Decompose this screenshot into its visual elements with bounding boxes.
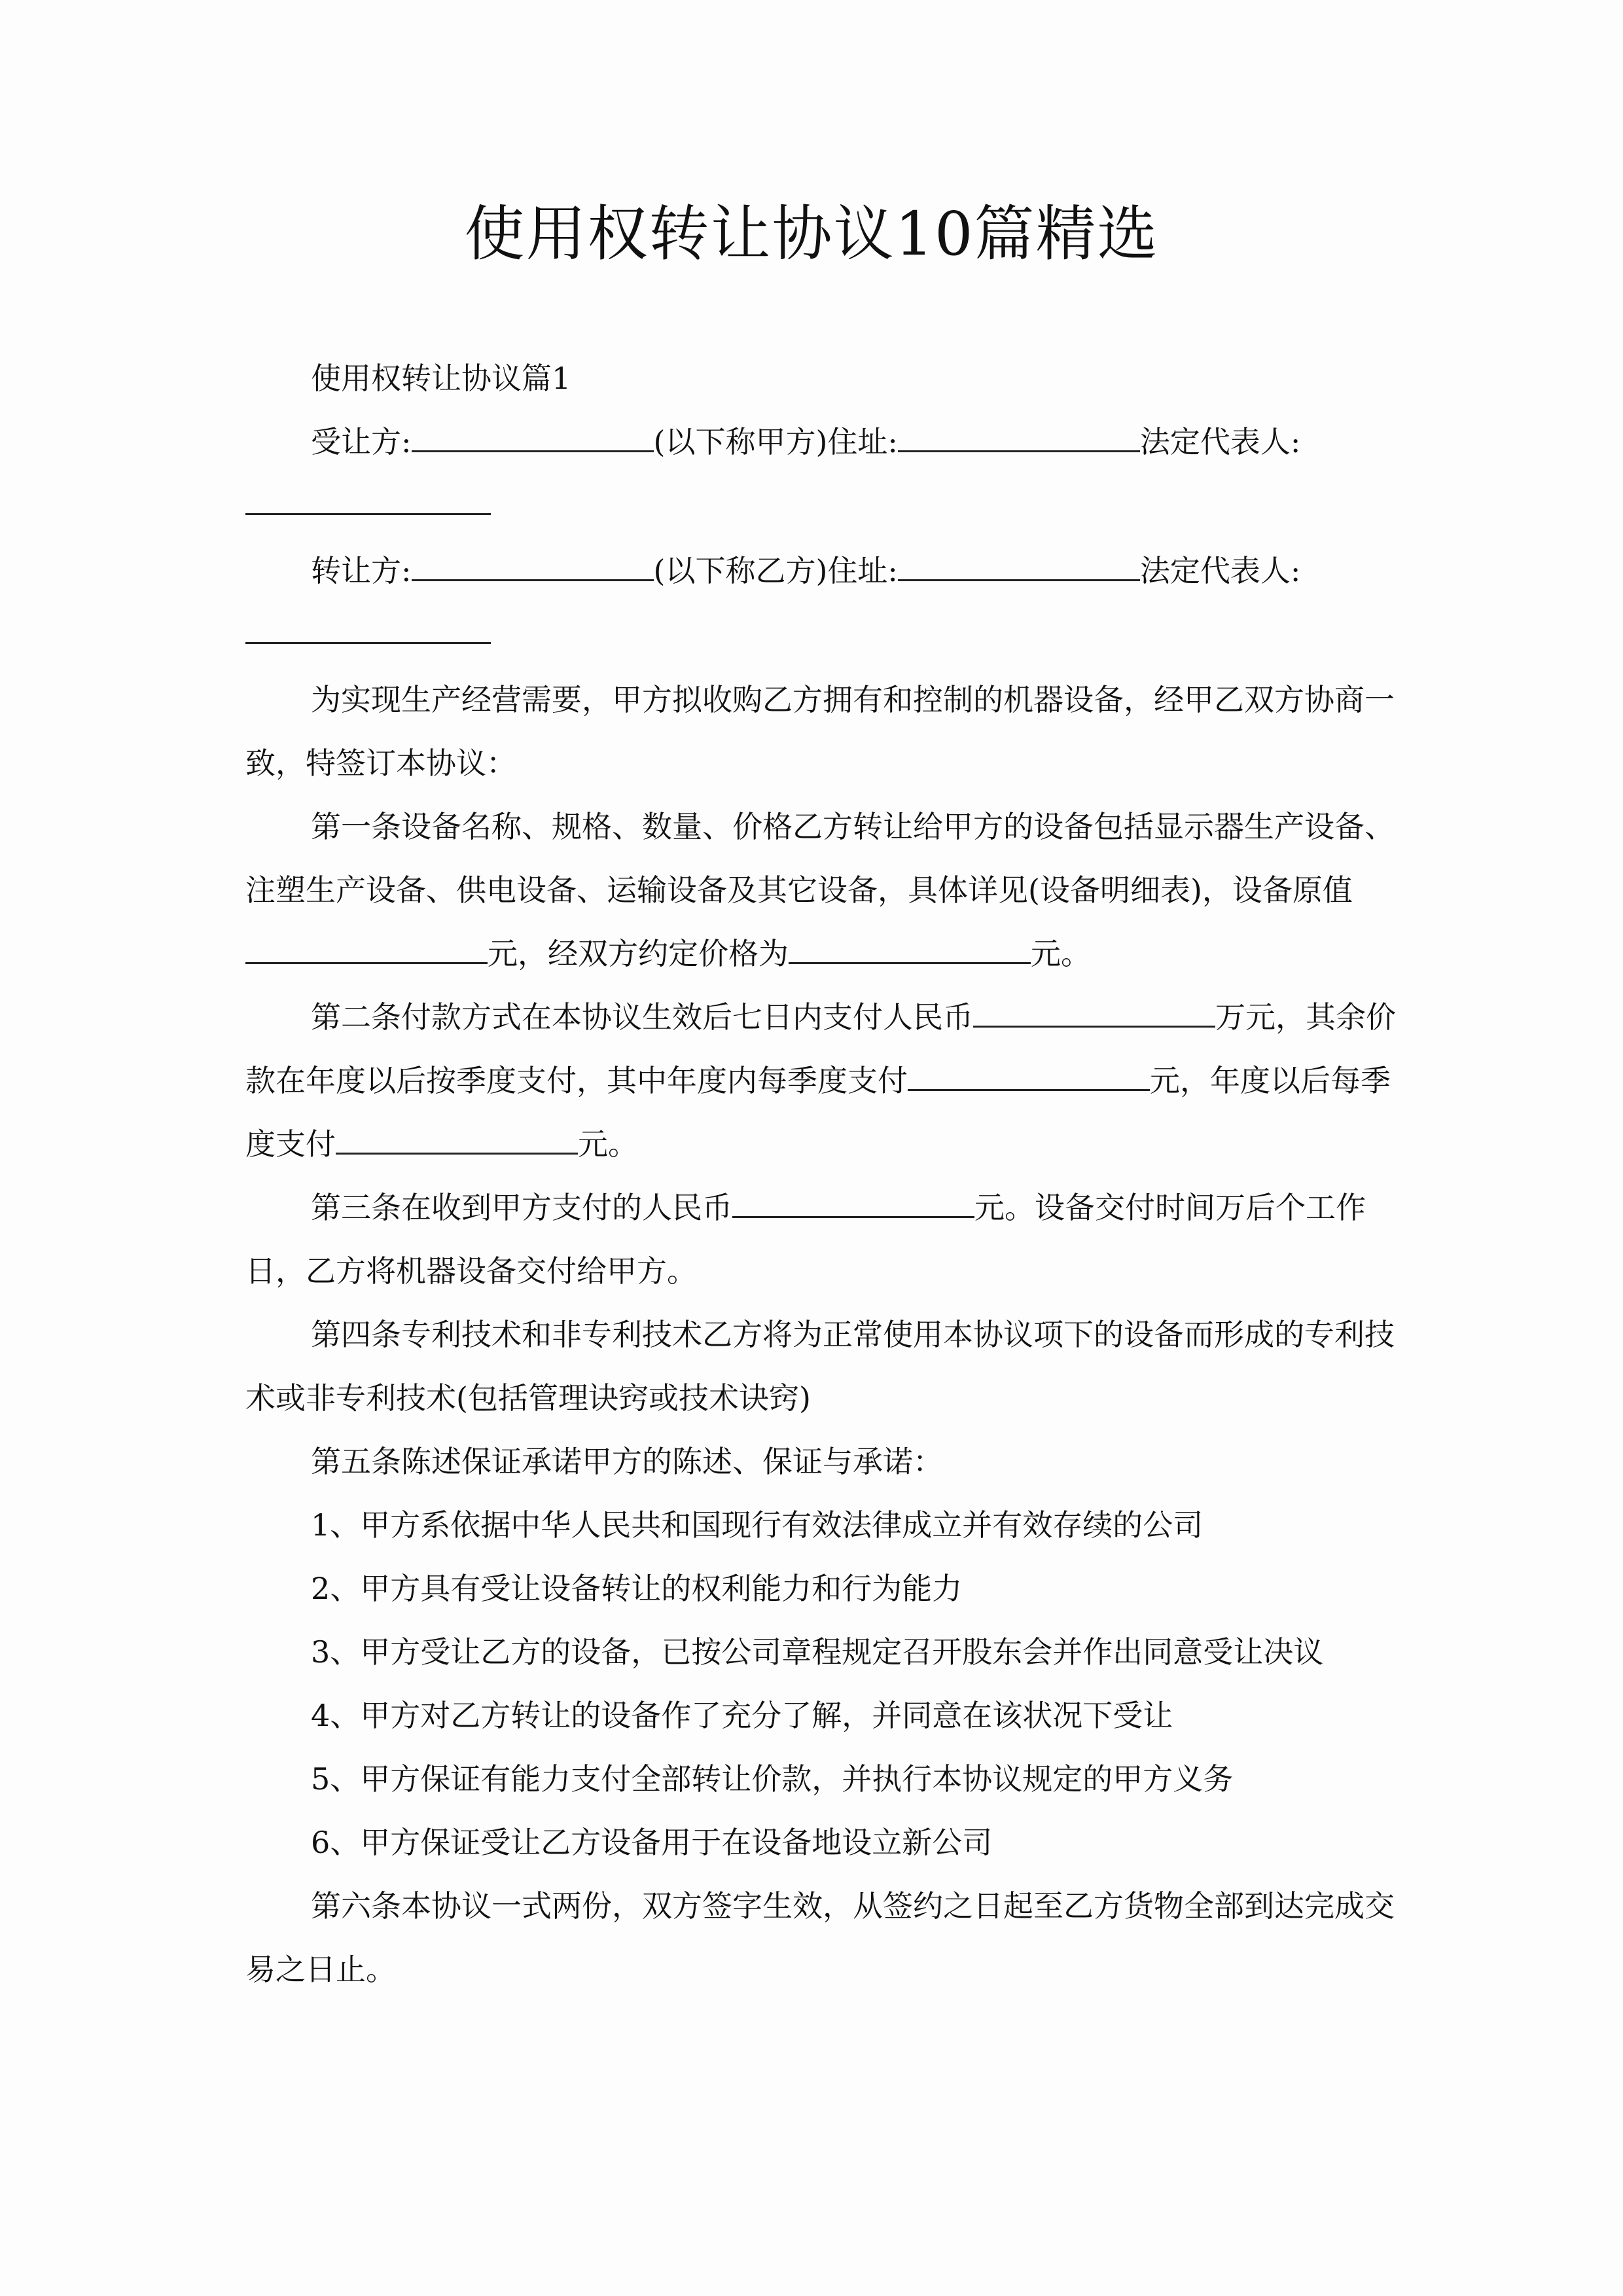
party-a-rep-label: 法定代表人: xyxy=(1140,424,1301,459)
party-b-line: 转让方:(以下称乙方)住址:法定代表人: xyxy=(245,539,1417,603)
party-b-name-blank[interactable] xyxy=(412,579,654,581)
agreed-price-unit: 元。 xyxy=(1031,936,1091,971)
party-a-label: 受让方: xyxy=(311,424,412,459)
party-b-rep-blank[interactable] xyxy=(245,603,491,644)
article-4: 第四条专利技术和非专利技术乙方将为正常使用本协议项下的设备而形成的专利技术或非专… xyxy=(245,1303,1417,1430)
document-body: 使用权转让协议篇1 受让方:(以下称甲方)住址:法定代表人: 转让方:(以下称乙… xyxy=(245,347,1417,2001)
article-1-text: 第一条设备名称、规格、数量、价格乙方转让给甲方的设备包括显示器生产设备、注塑生产… xyxy=(245,809,1395,908)
quarterly-payment-blank[interactable] xyxy=(908,1088,1150,1091)
document-page: 使用权转让协议10篇精选 使用权转让协议篇1 受让方:(以下称甲方)住址:法定代… xyxy=(0,0,1623,2296)
agreed-price-label: 元，经双方约定价格为 xyxy=(488,936,789,971)
initial-payment-unit: 万元， xyxy=(1215,999,1306,1035)
original-value-label: 设备原值 xyxy=(1232,872,1353,908)
original-value-blank[interactable] xyxy=(245,961,488,964)
received-payment-blank[interactable] xyxy=(732,1215,974,1218)
party-a-rep-blank[interactable] xyxy=(245,474,491,515)
agreed-price-blank[interactable] xyxy=(789,961,1031,964)
warranty-item-1: 1、甲方系依据中华人民共和国现行有效法律成立并有效存续的公司 xyxy=(245,1494,1417,1557)
later-quarterly-unit: 元。 xyxy=(578,1126,638,1162)
article-2-prefix: 第二条付款方式在本协议生效后七日内支付人民币 xyxy=(311,999,973,1035)
article-6: 第六条本协议一式两份，双方签字生效，从签约之日起至乙方货物全部到达完成交易之日止… xyxy=(245,1874,1417,2001)
party-a-designation: (以下称甲方)住址: xyxy=(654,424,898,459)
party-b-rep-label: 法定代表人: xyxy=(1140,553,1301,588)
warranty-item-3: 3、甲方受让乙方的设备，已按公司章程规定召开股东会并作出同意受让决议 xyxy=(245,1621,1417,1684)
article-1: 第一条设备名称、规格、数量、价格乙方转让给甲方的设备包括显示器生产设备、注塑生产… xyxy=(245,795,1417,986)
article-5: 第五条陈述保证承诺甲方的陈述、保证与承诺： xyxy=(245,1430,1417,1494)
intro-paragraph: 为实现生产经营需要，甲方拟收购乙方拥有和控制的机器设备，经甲乙双方协商一致，特签… xyxy=(245,668,1417,795)
party-a-name-blank[interactable] xyxy=(412,450,654,452)
warranty-item-5: 5、甲方保证有能力支付全部转让价款，并执行本协议规定的甲方义务 xyxy=(245,1748,1417,1811)
party-b-address-blank[interactable] xyxy=(898,579,1140,581)
article-3-prefix: 第三条在收到甲方支付的人民币 xyxy=(311,1190,732,1225)
article-2: 第二条付款方式在本协议生效后七日内支付人民币万元，其余价款在年度以后按季度支付，… xyxy=(245,986,1417,1176)
document-title: 使用权转让协议10篇精选 xyxy=(0,195,1623,274)
later-quarterly-payment-blank[interactable] xyxy=(336,1152,578,1155)
party-b-label: 转让方: xyxy=(311,553,412,588)
party-a-address-blank[interactable] xyxy=(898,450,1140,452)
party-a-line: 受让方:(以下称甲方)住址:法定代表人: xyxy=(245,410,1417,474)
section-heading: 使用权转让协议篇1 xyxy=(245,347,1417,410)
party-b-designation: (以下称乙方)住址: xyxy=(654,553,898,588)
article-3: 第三条在收到甲方支付的人民币元。设备交付时间万后个工作日，乙方将机器设备交付给甲… xyxy=(245,1176,1417,1303)
warranty-item-6: 6、甲方保证受让乙方设备用于在设备地设立新公司 xyxy=(245,1811,1417,1874)
initial-payment-blank[interactable] xyxy=(973,1025,1215,1028)
warranty-item-4: 4、甲方对乙方转让的设备作了充分了解，并同意在该状况下受让 xyxy=(245,1684,1417,1748)
warranty-item-2: 2、甲方具有受让设备转让的权利能力和行为能力 xyxy=(245,1557,1417,1621)
quarterly-payment-unit: 元， xyxy=(1150,1063,1210,1098)
